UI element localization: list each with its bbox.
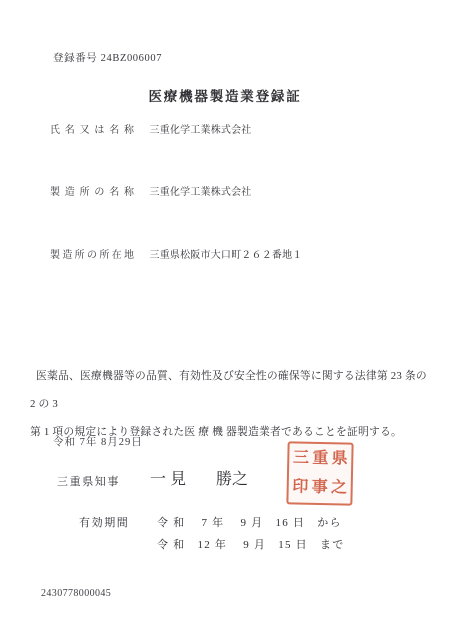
document-page: 登録番号 24BZ006007 医療機器製造業登録証 氏名又は名称 三重化学工業… [0, 0, 450, 636]
field-row-factory-name: 製造所の名称 三重化学工業株式会社 [50, 183, 252, 198]
seal-char: 事 [312, 480, 328, 496]
issue-date: 令和 7年 8月29日 [53, 434, 143, 449]
field-label-factory-name: 製造所の名称 [50, 183, 134, 198]
field-label-factory-address: 製造所の所在地 [50, 246, 134, 261]
field-value-factory-name: 三重化学工業株式会社 [150, 183, 252, 198]
field-value-factory-address: 三重県松阪市大口町２６２番地１ [150, 246, 303, 261]
certification-statement-line1: 医薬品、医療機器等の品質、有効性及び安全性の確保等に関する法律第 23 条の 2… [30, 362, 428, 418]
registration-number-value: 24BZ006007 [101, 53, 162, 64]
validity-period-from: 令 和 7 年 9 月 16 日 から [157, 514, 342, 530]
issuer-name: 一 見勝之 [150, 466, 248, 489]
issuer-name-family: 一 見 [150, 471, 186, 488]
seal-column-right: 県 之 [331, 445, 348, 502]
field-value-name: 三重化学工業株式会社 [150, 121, 252, 136]
seal-char: 重 [312, 451, 328, 467]
issuer-name-given: 勝之 [216, 471, 248, 488]
seal-column-middle: 重 事 [311, 445, 328, 502]
registration-number-line: 登録番号 24BZ006007 [53, 50, 162, 65]
validity-period-label: 有効期間 [79, 514, 129, 530]
seal-char: 三 [293, 451, 309, 467]
document-title: 医療機器製造業登録証 [0, 85, 450, 105]
seal-char: 県 [331, 451, 347, 467]
validity-period-to: 令 和 12 年 9 月 15 日 まで [157, 536, 344, 552]
field-row-factory-address: 製造所の所在地 三重県松阪市大口町２６２番地１ [50, 246, 303, 261]
governor-seal-stamp: 三 印 重 事 県 之 [286, 441, 353, 505]
issuer-title: 三重県知事 [57, 473, 120, 489]
seal-char: 印 [292, 479, 308, 495]
registration-number-label: 登録番号 [53, 53, 97, 64]
seal-column-left: 三 印 [292, 444, 309, 501]
seal-char: 之 [331, 480, 347, 496]
serial-number: 2430778000045 [41, 588, 111, 599]
field-label-name: 氏名又は名称 [50, 121, 134, 136]
field-row-name: 氏名又は名称 三重化学工業株式会社 [50, 121, 252, 136]
